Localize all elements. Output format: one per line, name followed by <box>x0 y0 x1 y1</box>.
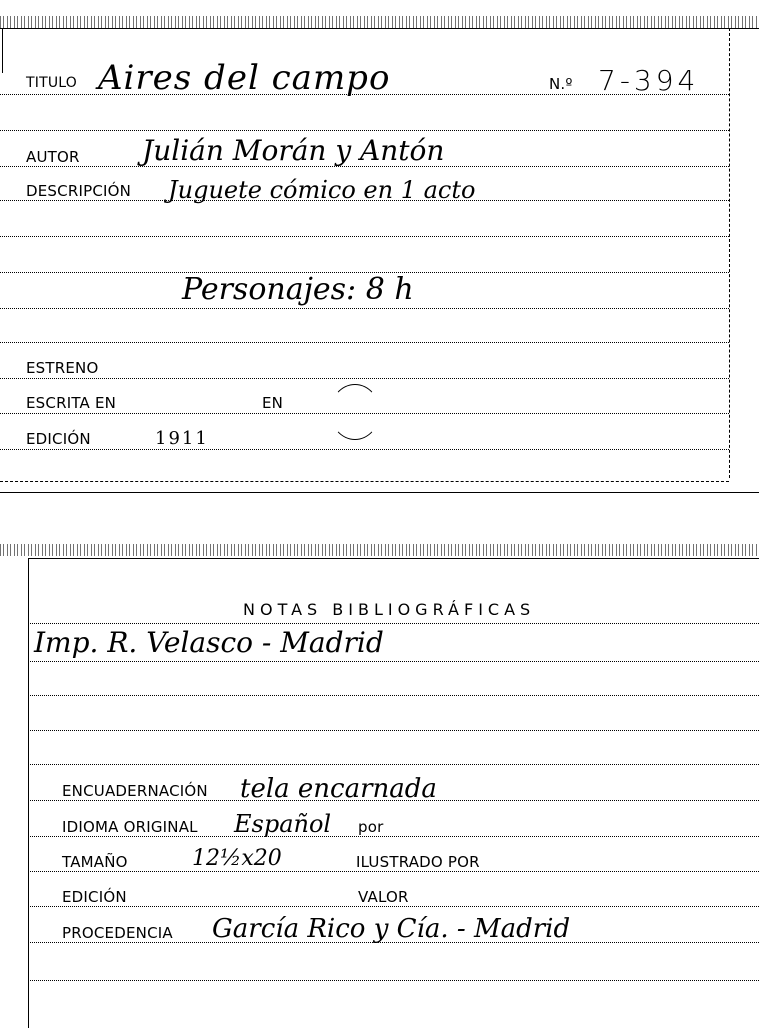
autor-value: Julián Morán y Antón <box>142 134 444 167</box>
autor-label: AUTOR <box>26 148 80 166</box>
valor-label: VALOR <box>358 888 409 906</box>
notas-line-3 <box>30 695 759 696</box>
descripcion-value: Juguete cómico en 1 acto <box>168 176 475 204</box>
blank-line-1 <box>0 130 729 131</box>
encuadernacion-label: ENCUADERNACIÓN <box>62 782 208 800</box>
edicion-line <box>30 906 759 907</box>
personajes-value: Personajes: 8 h <box>182 272 414 307</box>
tamano-line <box>30 871 759 872</box>
tamano-value: 12½x20 <box>192 846 282 871</box>
card-top-border <box>0 28 759 29</box>
numero-value: 7-394 <box>598 64 699 97</box>
procedencia-value: García Rico y Cía. - Madrid <box>212 914 570 944</box>
titulo-value: Aires del campo <box>98 58 390 98</box>
blank-line-4 <box>0 342 729 343</box>
notas-line-5 <box>30 764 759 765</box>
titulo-label: TITULO <box>26 75 77 91</box>
idioma-value: Español <box>234 810 331 838</box>
card-separator <box>0 492 759 493</box>
idioma-line <box>30 836 759 837</box>
idioma-label: IDIOMA ORIGINAL <box>62 818 198 836</box>
edicion-label: EDICIÓN <box>62 888 127 906</box>
tamano-label: TAMAÑO <box>62 853 128 871</box>
catalog-card-back: NOTAS BIBLIOGRÁFICAS Imp. R. Velasco - M… <box>0 530 759 1028</box>
encuadernacion-value: tela encarnada <box>240 774 437 804</box>
escrita-en-label: ESCRITA EN <box>26 394 116 412</box>
descripcion-label: DESCRIPCIÓN <box>26 182 131 200</box>
notas-line-4 <box>30 730 759 731</box>
edicion-value: 1911 <box>155 428 209 449</box>
card-left-border <box>28 558 29 1028</box>
stamp-mark <box>330 384 380 440</box>
card-top-border <box>28 558 759 559</box>
procedencia-label: PROCEDENCIA <box>62 924 173 942</box>
estreno-label: ESTRENO <box>26 359 99 377</box>
card-right-border <box>729 28 730 478</box>
numero-label: N.º <box>549 75 573 93</box>
blank-line-5 <box>0 481 729 482</box>
notas-line-1 <box>30 623 759 624</box>
blank-line-2 <box>0 236 729 237</box>
blank-line-6 <box>30 980 759 981</box>
edicion-label: EDICIÓN <box>26 430 91 448</box>
por-label: por <box>358 818 383 836</box>
notas-value: Imp. R. Velasco - Madrid <box>34 626 384 659</box>
notas-heading: NOTAS BIBLIOGRÁFICAS <box>243 600 535 619</box>
notas-line-2 <box>30 661 759 662</box>
estreno-line <box>0 378 729 379</box>
personajes-line <box>0 308 729 309</box>
catalog-card-front: TITULO Aires del campo N.º 7-394 AUTOR J… <box>0 0 759 495</box>
scan-noise-bottom <box>0 544 759 556</box>
ilustrado-label: ILUSTRADO POR <box>356 853 480 871</box>
edicion-line <box>0 449 729 450</box>
card-left-border <box>2 28 3 73</box>
scan-noise-top <box>0 16 759 28</box>
en-label: EN <box>262 394 283 412</box>
